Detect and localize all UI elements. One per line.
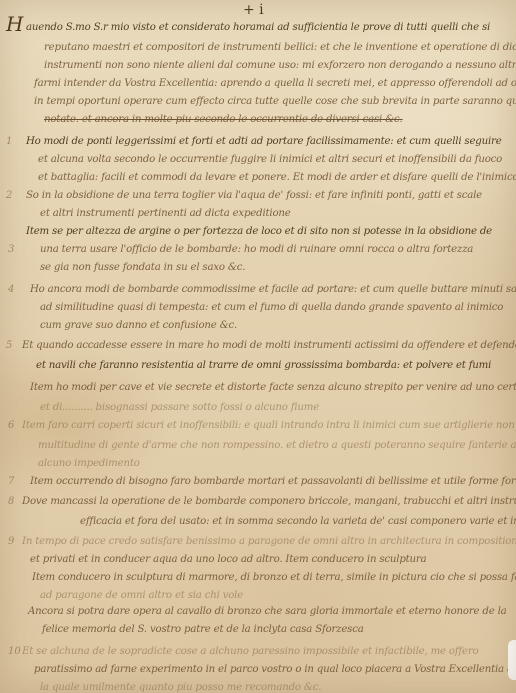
manuscript-line: Item se per altezza de argine o per fort… [26,226,492,237]
margin-number: 9 [8,536,14,547]
manuscript-line: Item occurrendo di bisogno faro bombarde… [30,476,516,487]
manuscript-line: Ancora si potra dare opera al cavallo di… [28,606,507,617]
manuscript-line: In tempo di pace credo satisfare benissi… [22,536,516,547]
manuscript-line: instrumenti non sono niente alieni dal c… [44,60,516,71]
manuscript-line: notate. et ancora in molte piu secondo l… [44,114,403,125]
margin-number: 6 [8,420,14,431]
margin-number: 2 [6,190,12,201]
manuscript-line: se gia non fusse fondata in su el saxo &… [40,262,245,273]
manuscript-line: et alcuna volta secondo le occurrentie f… [38,154,502,165]
manuscript-line: Item conducero in sculptura di marmore, … [32,572,516,583]
manuscript-line: cum grave suo danno et confusione &c. [40,320,237,331]
manuscript-line: paratissimo ad farne experimento in el p… [34,664,516,675]
initial-letter: H [6,12,23,36]
manuscript-line: et altri instrumenti pertinenti ad dicta… [40,208,291,219]
paper-tear [508,640,516,680]
manuscript-line: et navili che faranno resistentia al tra… [36,360,491,371]
manuscript-line: et battaglia: facili et commodi da levar… [38,172,516,183]
margin-number: 5 [6,340,12,351]
manuscript-line: in tempi oportuni operare cum effecto ci… [34,96,516,107]
manuscript-line: et privati et in conducer aqua da uno lo… [30,554,426,565]
manuscript-line: Et quando accadesse essere in mare ho mo… [22,340,516,351]
manuscript-line: Item ho modi per cave et vie secrete et … [30,382,516,393]
manuscript-line: Ho modi de ponti leggerissimi et forti e… [26,136,502,147]
manuscript-line: reputano maestri et compositori de instr… [44,42,516,53]
manuscript-page: + i H 1 2 3 4 5 6 7 8 9 10 auendo S.mo S… [0,0,516,693]
manuscript-line: multitudine di gente d'arme che non romp… [38,440,516,451]
manuscript-line: So in la obsidione de una terra toglier … [26,190,482,201]
manuscript-line: Item faro carri coperti sicuri et inoffe… [22,420,516,431]
manuscript-line: ad similitudine quasi di tempesta: et cu… [40,302,503,313]
manuscript-line: felice memoria del S. vostro patre et de… [42,624,364,635]
manuscript-line: efficacia et fora del usato: et in somma… [80,516,516,527]
manuscript-line: Dove mancassi la operatione de le bombar… [22,496,516,507]
manuscript-line: Ho ancora modi de bombarde commodissime … [30,284,516,295]
manuscript-line: una terra usare l'officio de le bombarde… [40,244,473,255]
manuscript-line: et di.......... bisognassi passare sotto… [40,402,319,413]
margin-number: 8 [8,496,14,507]
manuscript-line: auendo S.mo S.r mio visto et considerato… [26,22,490,33]
margin-number: 4 [8,284,14,295]
manuscript-line: Et se alchuna de le sopradicte cose a al… [22,646,478,657]
margin-number: 10 [8,646,21,657]
header-cross-mark: + i [243,2,264,18]
manuscript-line: farmi intender da Vostra Excellentia: ap… [34,78,516,89]
margin-number: 3 [8,244,14,255]
margin-number: 1 [6,136,12,147]
margin-number: 7 [8,476,14,487]
manuscript-line: alcuno impedimento [38,458,140,469]
manuscript-line: la quale umilmente quanto piu posso me r… [40,682,321,693]
manuscript-line: ad paragone de omni altro et sia chi vol… [40,590,243,601]
